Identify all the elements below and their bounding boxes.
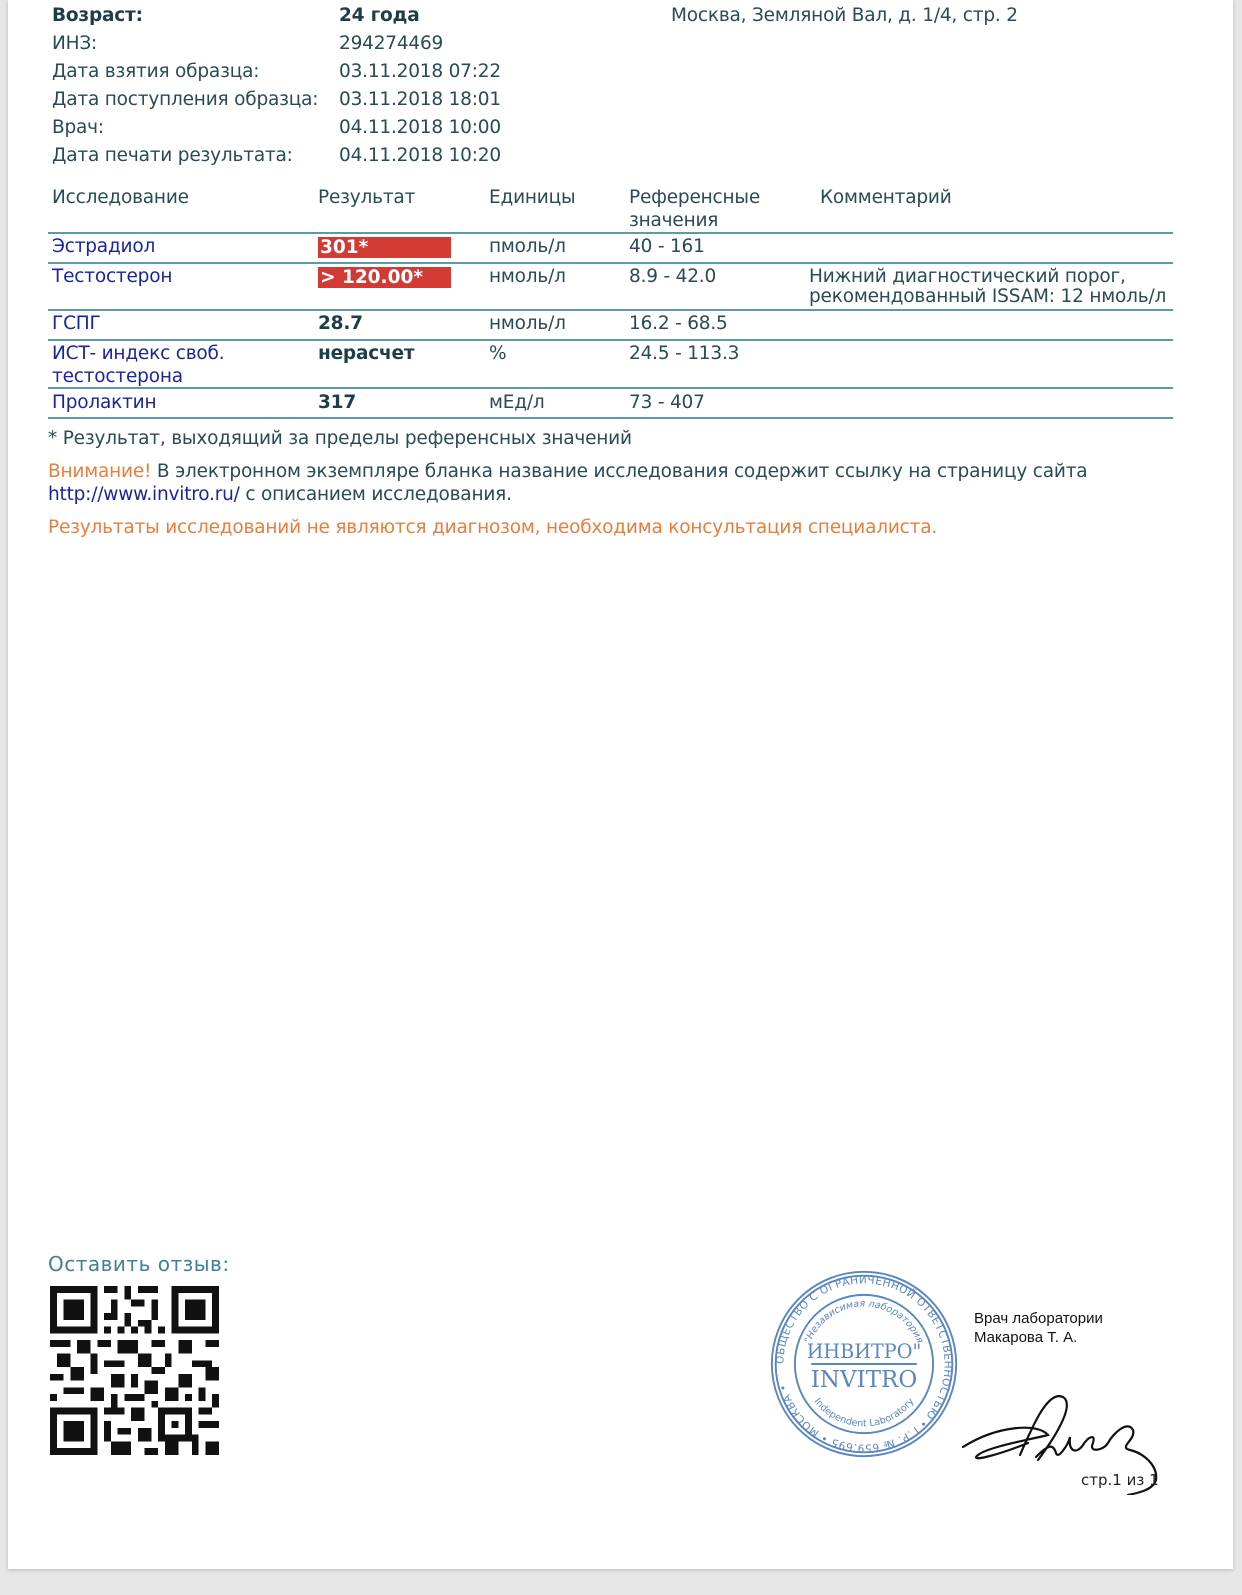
page-number: стр.1 из 1 xyxy=(1081,1471,1159,1489)
test-name-link[interactable]: ИСТ- индекс своб. xyxy=(52,343,224,364)
table-rule xyxy=(48,417,1173,419)
table-rule xyxy=(48,339,1173,341)
result-units: пмоль/л xyxy=(489,236,566,257)
col-header-reference: Референсные xyxy=(629,187,760,208)
result-value: нерасчет xyxy=(318,343,414,364)
qr-code-icon[interactable] xyxy=(50,1286,219,1455)
doctor-name: Макарова Т. А. xyxy=(974,1329,1077,1346)
attention-note: Внимание! В электронном экземпляре бланк… xyxy=(48,461,1087,482)
result-reference: 40 - 161 xyxy=(629,236,705,257)
lab-report-page: Возраст: 24 года Москва, Земляной Вал, д… xyxy=(8,0,1233,1569)
footnote: * Результат, выходящий за пределы рефере… xyxy=(48,428,632,449)
test-name-link-2[interactable]: тестостерона xyxy=(52,366,183,387)
age-label: Возраст: xyxy=(52,5,143,26)
col-header-reference-2: значения xyxy=(629,210,718,231)
result-reference: 16.2 - 68.5 xyxy=(629,313,728,334)
test-name-link[interactable]: Тестостерон xyxy=(52,266,172,287)
result-reference: 24.5 - 113.3 xyxy=(629,343,739,364)
link-suffix: с описанием исследования. xyxy=(240,484,512,505)
sample-taken-label: Дата взятия образца: xyxy=(52,61,259,82)
sample-received-label: Дата поступления образца: xyxy=(52,89,318,110)
result-units: нмоль/л xyxy=(489,313,566,334)
result-flagged: 301* xyxy=(318,237,451,258)
table-rule xyxy=(48,232,1173,234)
col-header-comment: Комментарий xyxy=(820,187,952,208)
result-reference: 8.9 - 42.0 xyxy=(629,266,716,287)
col-header-test: Исследование xyxy=(52,187,189,208)
col-header-units: Единицы xyxy=(489,187,575,208)
result-comment: Нижний диагностический порог, xyxy=(809,266,1126,287)
feedback-label: Оставить отзыв: xyxy=(48,1252,230,1276)
disclaimer: Результаты исследований не являются диаг… xyxy=(48,517,937,538)
lab-stamp-icon: ОБЩЕСТВО С ОГРАНИЧЕННОЙ ОТВЕТСТВЕННОСТЬЮ… xyxy=(768,1268,960,1460)
result-value: 28.7 xyxy=(318,313,363,334)
result-units: мЕд/л xyxy=(489,392,545,413)
doctor-title: Врач лаборатории xyxy=(974,1310,1103,1327)
invitro-link[interactable]: http://www.invitro.ru/ xyxy=(48,484,240,505)
result-comment-2: рекомендованный ISSAM: 12 нмоль/л xyxy=(809,286,1166,307)
test-name-link[interactable]: ГСПГ xyxy=(52,313,101,334)
test-name-link[interactable]: Эстрадиол xyxy=(52,236,155,257)
inz-label: ИНЗ: xyxy=(52,33,97,54)
svg-text:INVITRO: INVITRO xyxy=(811,1367,918,1393)
result-reference: 73 - 407 xyxy=(629,392,705,413)
svg-text:ИНВИТРО": ИНВИТРО" xyxy=(807,1340,922,1363)
svg-text:Independent Laboratory: Independent Laboratory xyxy=(812,1396,917,1430)
table-rule xyxy=(48,262,1173,264)
lab-address: Москва, Земляной Вал, д. 1/4, стр. 2 xyxy=(671,5,1018,26)
doctor-value: 04.11.2018 10:00 xyxy=(339,117,501,138)
table-rule xyxy=(48,309,1173,311)
sample-taken-value: 03.11.2018 07:22 xyxy=(339,61,501,82)
result-flagged: > 120.00* xyxy=(318,267,451,288)
attention-label: Внимание! xyxy=(48,461,151,482)
result-units: % xyxy=(489,343,506,364)
inz-value: 294274469 xyxy=(339,33,443,54)
site-link-note: http://www.invitro.ru/ с описанием иссле… xyxy=(48,484,512,505)
doctor-label: Врач: xyxy=(52,117,104,138)
test-name-link[interactable]: Пролактин xyxy=(52,392,156,413)
col-header-result: Результат xyxy=(318,187,415,208)
sample-received-value: 03.11.2018 18:01 xyxy=(339,89,501,110)
result-units: нмоль/л xyxy=(489,266,566,287)
print-date-value: 04.11.2018 10:20 xyxy=(339,145,501,166)
age-value: 24 года xyxy=(339,5,420,26)
svg-text:"Независимая лаборатория: "Независимая лаборатория xyxy=(803,1298,926,1345)
attention-text: В электронном экземпляре бланка название… xyxy=(151,461,1087,482)
result-value: 317 xyxy=(318,392,356,413)
print-date-label: Дата печати результата: xyxy=(52,145,293,166)
table-rule xyxy=(48,387,1173,389)
